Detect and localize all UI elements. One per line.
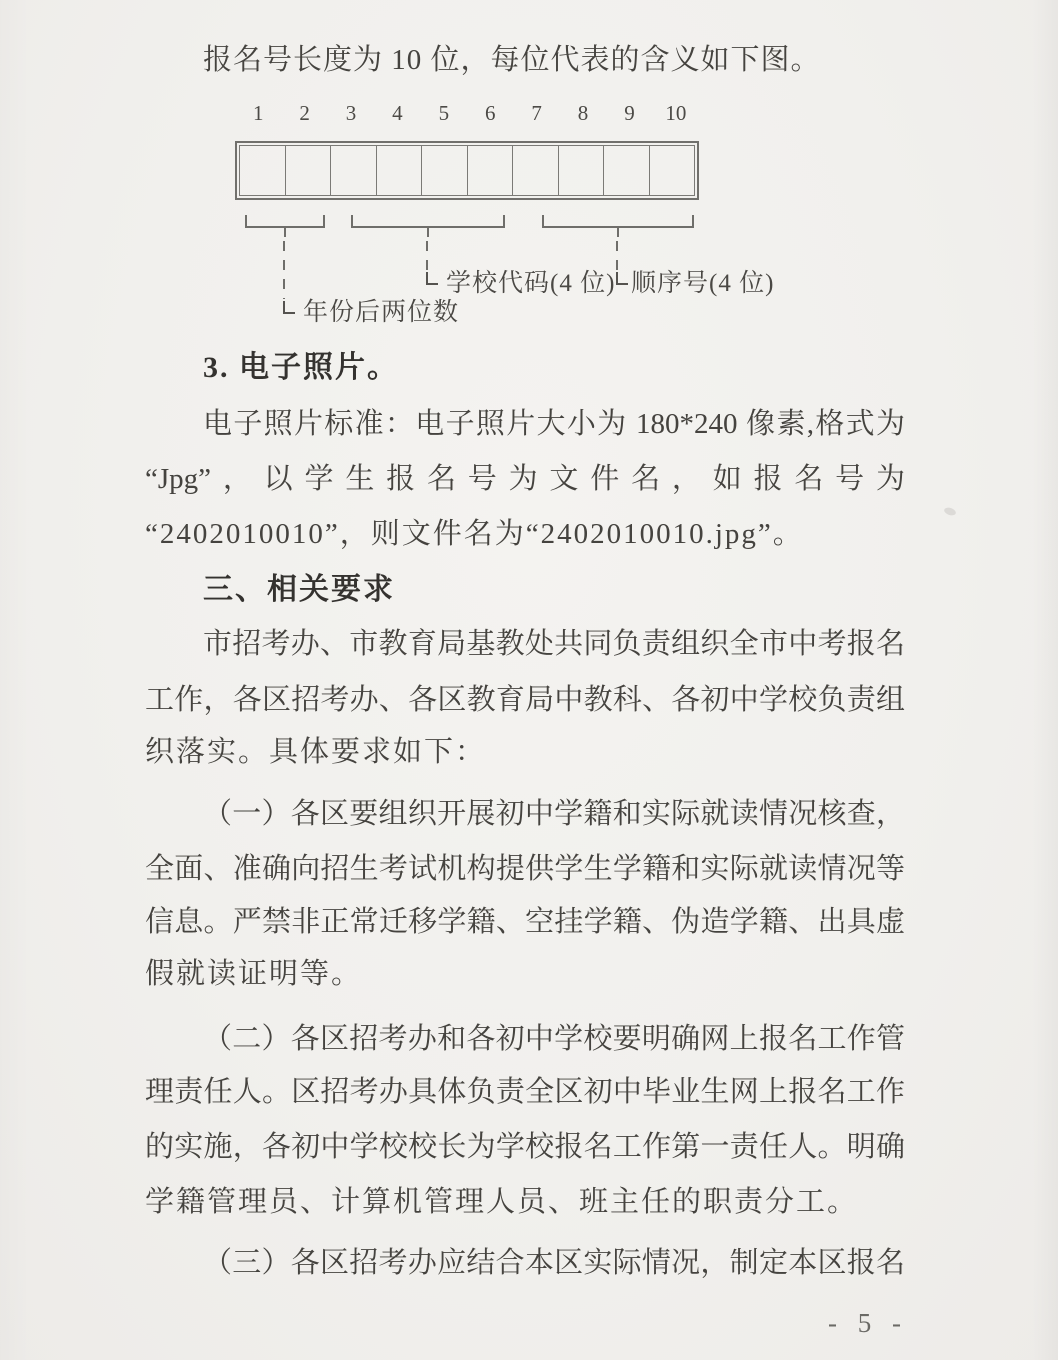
year-dashed-connector	[283, 241, 285, 299]
body-line: 假就读证明等。	[145, 956, 905, 992]
year-bracket-tick	[284, 227, 286, 237]
digit-boxes	[235, 141, 699, 200]
school-code-dashed-connector	[426, 241, 428, 272]
digit-cell	[377, 146, 423, 195]
body-line: 的实施，各初中学校校长为学校报名工作第一责任人。明确	[145, 1129, 905, 1165]
digit-position-label: 10	[653, 101, 699, 126]
body-line: （二）各区招考办和各初中学校要明确网上报名工作管	[145, 1021, 905, 1057]
scan-smudge	[943, 506, 957, 516]
sequence-label: 顺序号(4 位)	[631, 270, 774, 298]
body-line: 工作，各区招考办、各区教育局中教科、各初中学校负责组	[145, 682, 905, 718]
year-label: 年份后两位数	[303, 299, 459, 327]
digit-position-label: 6	[467, 101, 513, 126]
sequence-bracket-tick	[617, 227, 619, 237]
year-elbow-icon	[283, 301, 295, 314]
body-line: 信息。严禁非正常迁移学籍、空挂学籍、伪造学籍、出具虚	[145, 904, 905, 940]
body-line: （三）各区招考办应结合本区实际情况，制定本区报名	[145, 1245, 905, 1281]
digit-position-label: 8	[560, 101, 606, 126]
digit-position-label: 9	[606, 101, 652, 126]
photo-line: “2402010010”，则文件名为“2402010010.jpg”。	[145, 516, 905, 552]
body-line: 市招考办、市教育局基教处共同负责组织全市中考报名	[145, 626, 905, 662]
body-line: （一）各区要组织开展初中学籍和实际就读情况核查，	[145, 796, 905, 832]
digit-boxes-inner	[239, 145, 695, 196]
digit-cell	[650, 146, 695, 195]
body-line: 织落实。具体要求如下：	[145, 734, 905, 770]
sequence-dashed-connector	[616, 241, 618, 272]
digit-position-label: 1	[235, 101, 281, 126]
school-code-elbow-icon	[426, 272, 438, 285]
digit-cell	[513, 146, 559, 195]
digit-cell	[240, 146, 286, 195]
body-line: 全面、准确向招生考试机构提供学生学籍和实际就读情况等	[145, 851, 905, 887]
digit-position-label: 2	[281, 101, 327, 126]
sequence-elbow-icon	[616, 272, 628, 285]
body-line: 学籍管理员、计算机管理人员、班主任的职责分工。	[145, 1184, 905, 1220]
page-number: - 5 -	[828, 1308, 908, 1339]
intro-line: 报名号长度为 10 位，每位代表的含义如下图。	[145, 42, 905, 78]
digit-cell	[559, 146, 605, 195]
digit-position-label: 7	[513, 101, 559, 126]
document-page: 报名号长度为 10 位，每位代表的含义如下图。 1 2 3 4 5 6 7 8 …	[0, 0, 1058, 1360]
body-line: 理责任人。区招考办具体负责全区初中毕业生网上报名工作	[145, 1074, 905, 1110]
photo-line: “Jpg”，以学生报名号为文件名，如报名号为	[145, 461, 905, 497]
digit-cell	[286, 146, 332, 195]
digit-position-label: 3	[328, 101, 374, 126]
photo-section-heading: 3. 电子照片。	[145, 350, 905, 386]
digit-position-label: 5	[421, 101, 467, 126]
digit-cell	[331, 146, 377, 195]
requirements-heading: 三、相关要求	[145, 572, 905, 608]
digit-cell	[604, 146, 650, 195]
digit-position-label: 4	[374, 101, 420, 126]
digit-position-row: 1 2 3 4 5 6 7 8 9 10	[235, 101, 699, 126]
photo-line: 电子照片标准：电子照片大小为 180*240 像素,格式为	[145, 406, 905, 442]
school-code-bracket-tick	[427, 227, 429, 237]
digit-cell	[422, 146, 468, 195]
school-code-label: 学校代码(4 位)	[446, 270, 615, 298]
digit-cell	[468, 146, 514, 195]
